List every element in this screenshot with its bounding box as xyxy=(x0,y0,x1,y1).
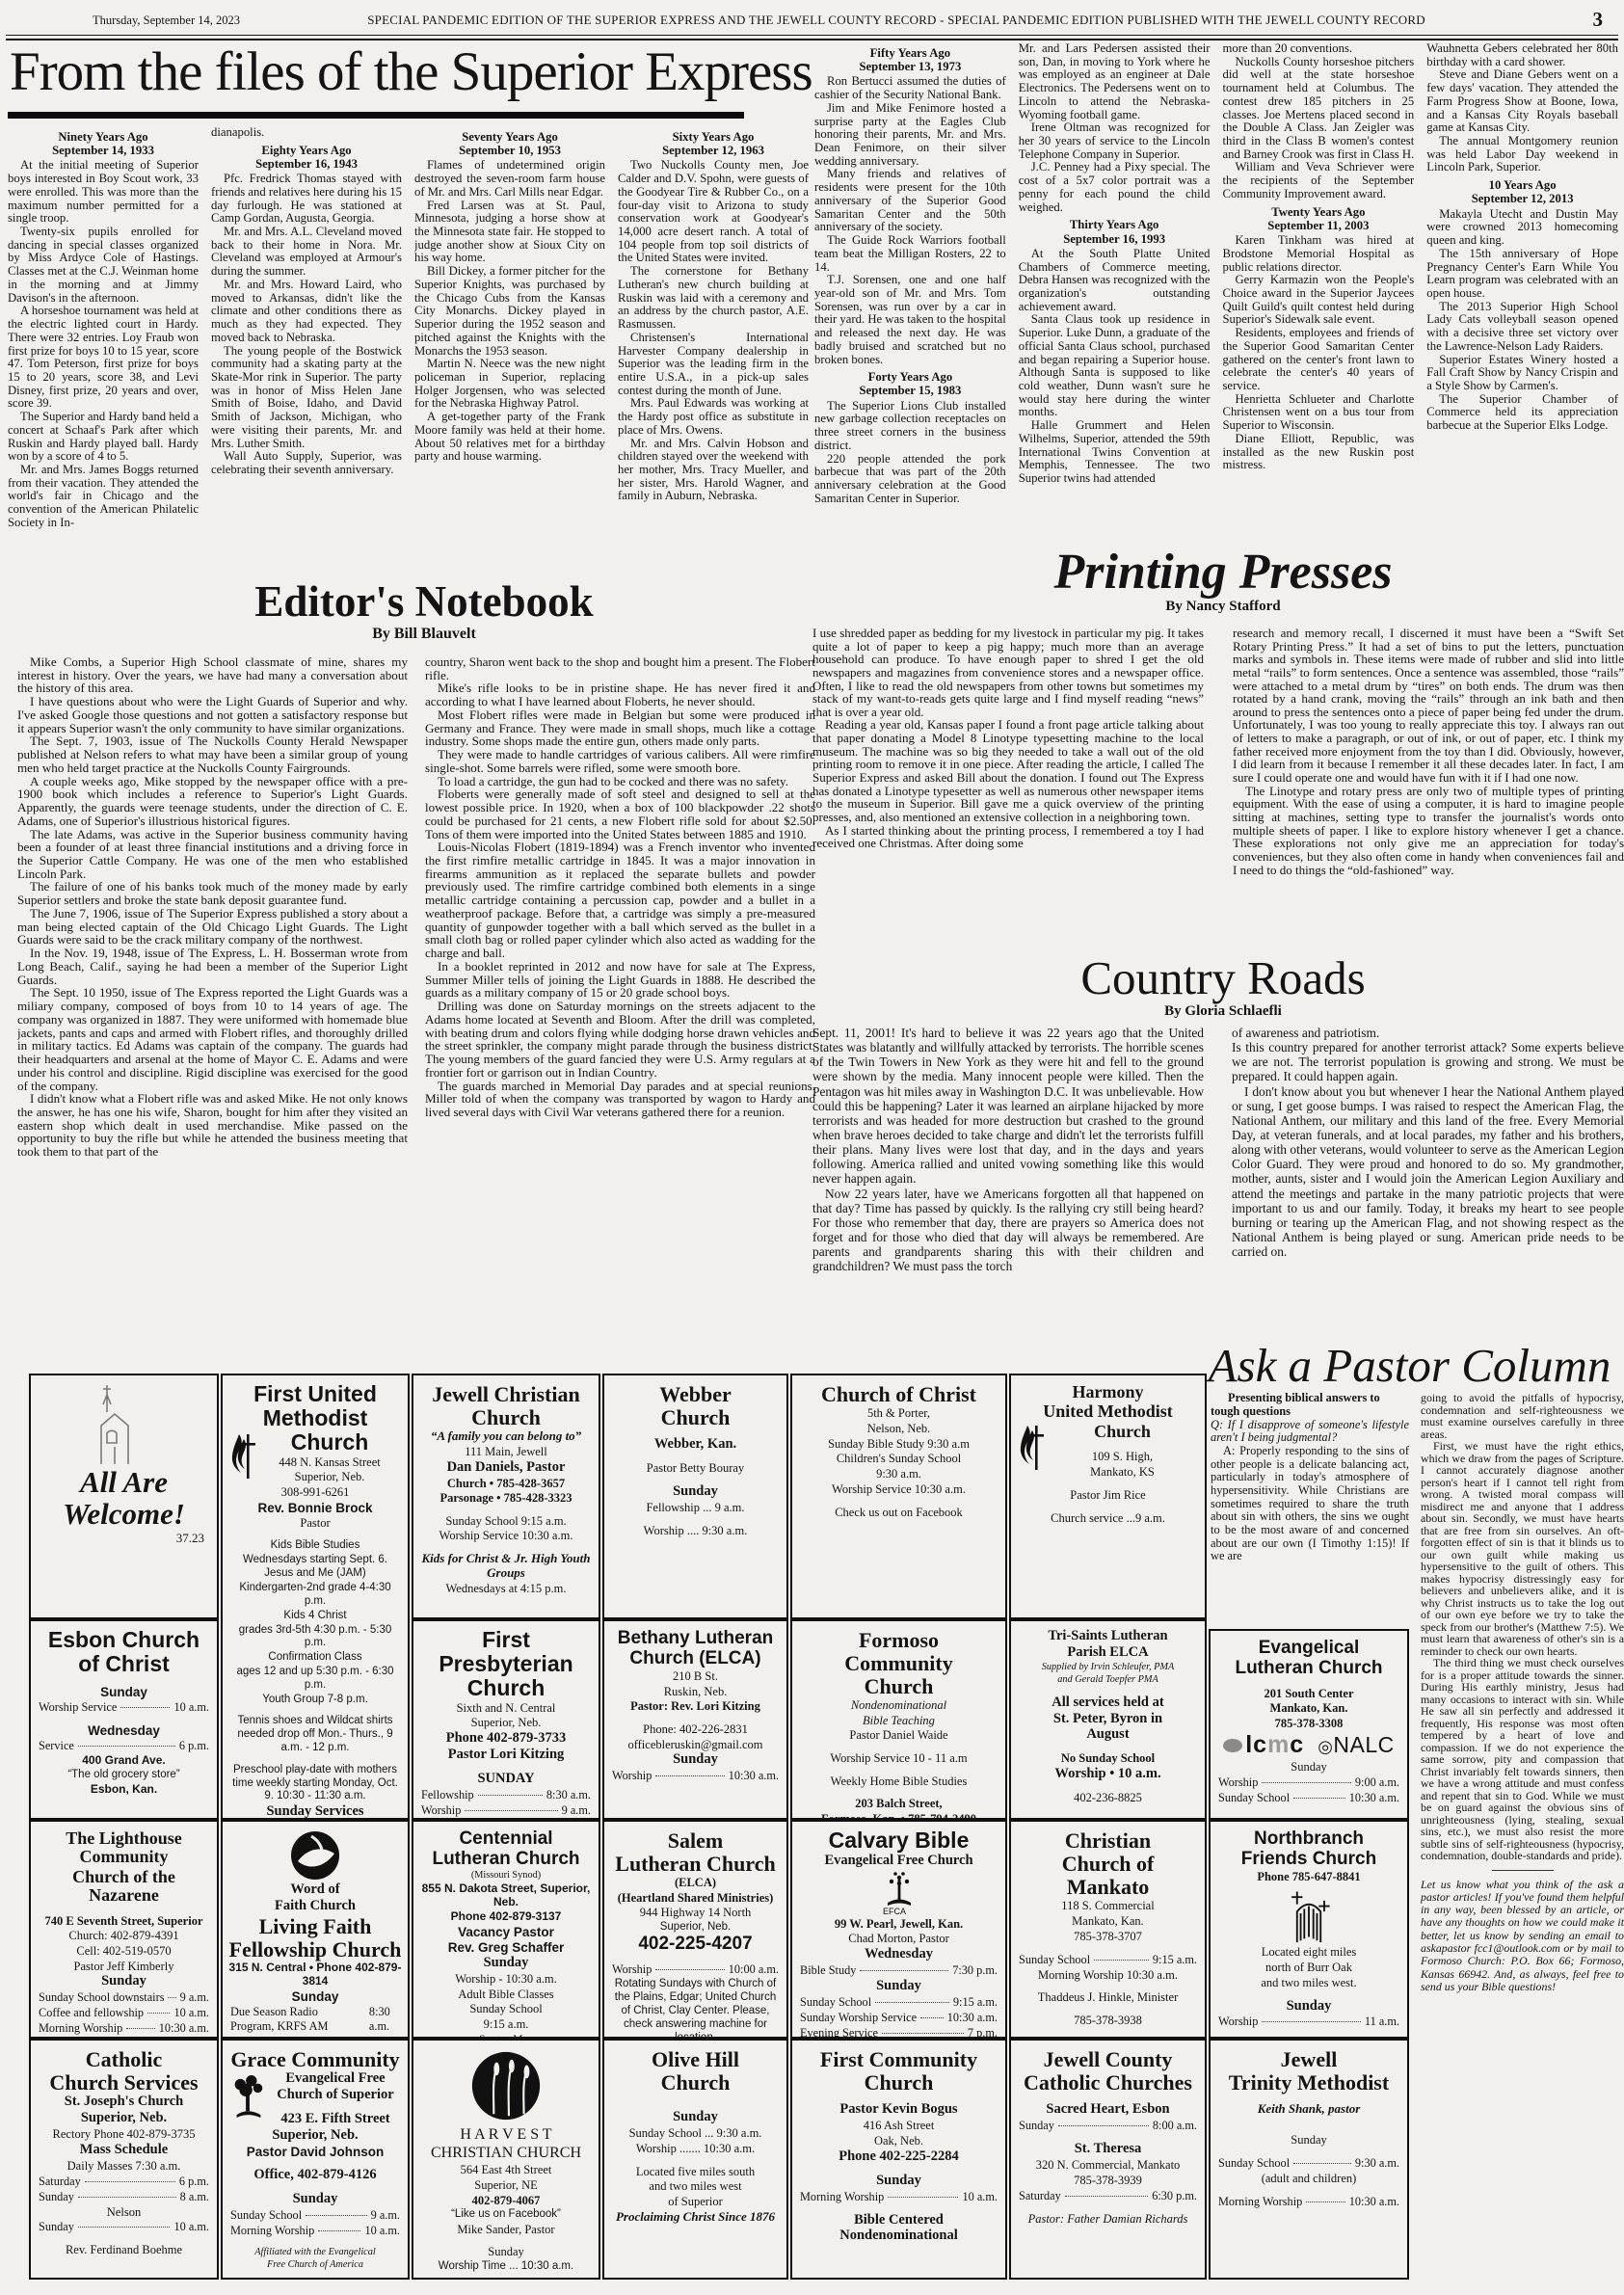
masthead-title: SPECIAL PANDEMIC EDITION OF THE SUPERIOR… xyxy=(289,13,1504,28)
files-columns-right: Fifty Years AgoSeptember 13, 1973Ron Ber… xyxy=(814,42,1618,582)
spacer xyxy=(797,1789,1000,1796)
ad-line: Phone 785-647-8841 xyxy=(1215,1870,1402,1883)
paragraph: Many friends and relatives of residents … xyxy=(814,168,1006,234)
files-column-5: Fifty Years AgoSeptember 13, 1973Ron Ber… xyxy=(814,42,1006,582)
church-ad-grace-community: Grace CommunityEvangelical FreeChurch of… xyxy=(221,2039,410,2280)
ad-line: Preschool play-date with mothers time we… xyxy=(227,1764,403,1803)
ad-line: (adult and children) xyxy=(1215,2172,1402,2186)
spacer xyxy=(1215,2030,1402,2037)
paragraph: They were made to handle cartridges of v… xyxy=(425,748,815,774)
church-sketch-icon xyxy=(36,1383,212,1466)
schedule-row: Due Season Radio Program, KRFS AM8:30 a.… xyxy=(227,2005,403,2034)
ad-line: 785-378-3308 xyxy=(1215,1717,1402,1730)
ad-line: Thaddeus J. Hinkle, Minister xyxy=(1016,1990,1200,2005)
harvest-wheat-icon xyxy=(418,2048,594,2125)
ad-line: 564 East 4th Street xyxy=(418,2163,594,2177)
ad-line: Pastor Kevin Bogus xyxy=(797,2102,1000,2118)
paragraph: The Guide Rock Warriors football team be… xyxy=(814,234,1006,274)
church-ad-christian-mankato: ChristianChurch ofMankato118 S. Commerci… xyxy=(1009,1820,1207,2039)
paragraph: Fred Larsen was at St. Paul, Minnesota, … xyxy=(414,200,605,266)
ad-line: 320 N. Commercial, Mankato xyxy=(1016,2158,1200,2173)
paragraph: going to avoid the pitfalls of hypocrisy… xyxy=(1421,1392,1624,1440)
ad-line: Olive Hill xyxy=(609,2048,782,2070)
ad-line: Esbon, Kan. xyxy=(36,1783,212,1797)
ad-line: Nondenominational xyxy=(797,1698,1000,1712)
spacer xyxy=(1016,1783,1200,1790)
ad-line: Sunday xyxy=(1215,2133,1402,2148)
printing-presses-body: I use shredded paper as bedding for my l… xyxy=(812,627,1624,958)
ad-line: Northbranch xyxy=(1215,1829,1402,1849)
editors-notebook-headline: Editor's Notebook xyxy=(39,576,810,627)
church-ad-olive-hill: Olive HillChurchSundaySunday School ... … xyxy=(602,2039,788,2280)
ad-line: Worship ....... 10:30 a.m. xyxy=(609,2142,782,2156)
schedule-row: Bible Study7:30 p.m. xyxy=(797,1963,1000,1978)
ad-line: Parish ELCA xyxy=(1016,1645,1200,1661)
schedule-row: Sunday School9:30 a.m. xyxy=(1215,2156,1402,2171)
grace-tree-icon xyxy=(227,2072,268,2121)
ad-line: Church (ELCA) xyxy=(609,1649,782,1668)
paragraph: J.C. Penney had a Pixy special. The cost… xyxy=(1019,161,1211,214)
ad-line: Adult Bible Classes xyxy=(418,1988,594,2002)
ad-line: Mankato, Kan. xyxy=(1215,1701,1402,1715)
ad-line: Superior, Neb. xyxy=(609,1921,782,1935)
ad-line: Pastor Betty Bouray xyxy=(609,1461,782,1476)
paragraph: Mike Combs, a Superior High School class… xyxy=(17,655,408,695)
paragraph: A get-together party of the Frank Moore … xyxy=(414,411,605,464)
spacer xyxy=(1016,1744,1200,1750)
ask-a-pastor-headline: Ask a Pastor Column xyxy=(1195,1338,1624,1393)
spacer xyxy=(418,1507,594,1513)
paragraph: In the Nov. 19, 1948, issue of The Expre… xyxy=(17,947,408,986)
ad-line: First Community xyxy=(797,2048,1000,2070)
ad-line: Pastor xyxy=(227,1516,403,1531)
ad-line: Bethany Lutheran xyxy=(609,1629,782,1648)
lcmc-nalc-icon: lcmc◎NALC xyxy=(1215,1731,1402,1759)
paragraph: Is this country prepared for another ter… xyxy=(1232,1040,1624,1083)
paragraph: Superior Estates Winery hosted a Fall Cr… xyxy=(1426,354,1618,393)
spacer xyxy=(609,1955,782,1961)
files-column-3: Seventy Years AgoSeptember 10, 1953Flame… xyxy=(414,126,605,581)
paragraph: Sept. 11, 2001! It's hard to believe it … xyxy=(812,1026,1204,1187)
ad-line: 944 Highway 14 North xyxy=(609,1906,782,1920)
paragraph: Martin N. Neece was the new night police… xyxy=(414,358,605,411)
paragraph: Louis-Nicolas Flobert (1819-1894) was a … xyxy=(425,841,815,960)
ad-line: Bible Teaching xyxy=(797,1714,1000,1727)
schedule-row: Saturday6:30 p.m. xyxy=(1016,2189,1200,2203)
paragraph: Steve and Diane Gebers went on a few day… xyxy=(1426,68,1618,135)
paragraph: Mr. and Mrs. James Boggs returned from t… xyxy=(8,464,199,530)
ad-line: Sunday xyxy=(797,2174,1000,2189)
church-ad-formoso-community: FormosoCommunityChurchNondenominationalB… xyxy=(790,1619,1007,1820)
spacer xyxy=(1215,1991,1402,1998)
ad-line: Evangelical Free Church xyxy=(797,1854,1000,1869)
paragraph: At the South Platte United Chambers of C… xyxy=(1019,248,1211,314)
spacer xyxy=(1016,1481,1200,1487)
church-ad-first-united-methodist: First UnitedMethodistChurch448 N. Kansas… xyxy=(221,1374,410,1820)
paragraph: The cornerstone for Bethany Lutheran's n… xyxy=(618,265,809,332)
ad-line: 785-378-3938 xyxy=(1016,2014,1200,2028)
spacer xyxy=(1215,2187,1402,2194)
ad-line: 308-991-6261 xyxy=(227,1485,403,1500)
paragraph: Wall Auto Supply, Superior, was celebrat… xyxy=(211,450,402,476)
church-ad-first-presbyterian: FirstPresbyterianChurchSixth and N. Cent… xyxy=(412,1619,600,1820)
ad-line: Worship • 10 a.m. xyxy=(1016,1767,1200,1782)
spacer xyxy=(227,2184,403,2191)
ad-line: 203 Balch Street, xyxy=(797,1797,1000,1810)
spacer xyxy=(227,1707,403,1714)
ad-line: Evangelical xyxy=(1215,1639,1402,1658)
spacer xyxy=(1016,1504,1200,1510)
column-heading: Twenty Years AgoSeptember 11, 2003 xyxy=(1223,205,1415,232)
ad-line: First United xyxy=(227,1383,403,1406)
schedule-row: Worship9 a.m. xyxy=(418,1803,594,1818)
schedule-row: Worship10:30 a.m. xyxy=(609,1769,782,1783)
church-ad-all-are-welcome: All Are Welcome!37.23 xyxy=(29,1374,219,1619)
paragraph: I have questions about who were the Ligh… xyxy=(17,695,408,734)
paragraph: The Superior and Hardy band held a conce… xyxy=(8,411,199,464)
schedule-row: Service6 p.m. xyxy=(36,1739,212,1753)
spacer xyxy=(609,2102,782,2109)
paragraph: Twenty-six pupils enrolled for dancing i… xyxy=(8,226,199,305)
ad-line: Worship .... 9:30 a.m. xyxy=(609,1524,782,1538)
paragraph: Santa Claus took up residence in Superio… xyxy=(1019,313,1211,419)
paragraph: Residents, employees and friends of the … xyxy=(1223,327,1415,393)
ad-line: Sacred Heart, Esbon xyxy=(1016,2102,1200,2118)
ad-line: Daily Masses 7:30 a.m. xyxy=(36,2159,212,2174)
church-ad-lighthouse-nazarene: The Lighthouse CommunityChurch of the Na… xyxy=(29,1820,219,2039)
paragraph: more than 20 conventions. xyxy=(1223,42,1415,56)
ad-line: Lutheran Church xyxy=(609,1853,782,1875)
church-ad-jewell-county-catholic: Jewell CountyCatholic ChurchesSacred Hea… xyxy=(1009,2039,1207,2280)
paragraph: Now 22 years later, have we Americans fo… xyxy=(812,1187,1204,1274)
paragraph: T.J. Sorensen, one and one half year-old… xyxy=(814,274,1006,366)
country-roads-byline: By Gloria Schlaefli xyxy=(827,1003,1619,1020)
paragraph: A couple weeks ago, Mike stopped by the … xyxy=(17,775,408,828)
church-ad-church-of-christ: Church of Christ5th & Porter,Nelson, Neb… xyxy=(790,1374,1007,1619)
church-ad-tri-saints: Tri-Saints LutheranParish ELCASupplied b… xyxy=(1009,1619,1207,1820)
paragraph: The Superior Lions Club installed new ga… xyxy=(814,400,1006,453)
ad-line: Sunday Services xyxy=(227,1804,403,1820)
ad-line: Confirmation Class xyxy=(227,1651,403,1665)
ad-line: Superior, Neb. xyxy=(418,1716,594,1730)
ad-line: Phone 402-879-3733 xyxy=(418,1731,594,1747)
ad-line: ages 12 and up 5:30 p.m. - 6:30 p.m. xyxy=(227,1666,403,1693)
paragraph: country, Sharon went back to the shop an… xyxy=(425,655,815,681)
ad-line: Oak, Neb. xyxy=(797,2134,1000,2148)
spacer xyxy=(227,2160,403,2167)
ad-line: No Sunday School xyxy=(1016,1751,1200,1765)
spacer xyxy=(36,1677,212,1684)
ad-line: United Methodist xyxy=(1016,1402,1200,1421)
church-ad-catholic-services: CatholicChurch ServicesSt. Joseph's Chur… xyxy=(29,2039,219,2280)
paragraph: I didn't know what a Flobert rifle was a… xyxy=(17,1092,408,1159)
ad-line: Mass Schedule xyxy=(36,2143,212,2158)
ad-line: Sunday School 9:15 a.m. xyxy=(418,1514,594,1529)
ad-line: Located eight miles xyxy=(1215,1945,1402,1960)
paragraph: Most Flobert rifles were made in Belgian… xyxy=(425,708,815,748)
ad-line: Mankato, Kan. xyxy=(1016,1914,1200,1929)
ad-line: Catholic Churches xyxy=(1016,2071,1200,2094)
spacer xyxy=(609,1516,782,1523)
ad-line: 201 South Center xyxy=(1215,1687,1402,1700)
ad-line: Formoso xyxy=(797,1629,1000,1651)
ad-line: 855 N. Dakota Street, Superior, Neb. xyxy=(418,1882,594,1909)
ad-line: Community xyxy=(797,1652,1000,1674)
ad-line: Sunday xyxy=(609,2110,782,2125)
ad-line: Sunday xyxy=(418,2245,594,2259)
spacer xyxy=(227,1756,403,1763)
spacer xyxy=(227,2239,403,2246)
paragraph: Christensen's International Harvester Co… xyxy=(618,332,809,398)
ad-line: Living Faith xyxy=(227,1915,403,1937)
ad-line: Located five miles south xyxy=(609,2165,782,2179)
paragraph: Mr. and Mrs. Howard Laird, who moved to … xyxy=(211,279,402,345)
spacer xyxy=(797,1498,1000,1505)
ad-line: Salem xyxy=(609,1829,782,1852)
paragraph: The 2013 Superior High School Lady Cats … xyxy=(1426,301,1618,354)
paragraph: Bill Dickey, a former pitcher for the Su… xyxy=(414,265,605,358)
ad-line: Church xyxy=(609,1406,782,1428)
ad-line: Faith Church xyxy=(227,1899,403,1914)
ad-line: Superior, Neb. xyxy=(36,2111,212,2126)
paragraph: Floberts were generally made of soft ste… xyxy=(425,787,815,841)
ad-line: (ELCA) xyxy=(609,1876,782,1889)
ad-line: Harmony xyxy=(1016,1383,1200,1401)
ad-line: Chad Morton, Pastor xyxy=(797,1932,1000,1946)
spacer xyxy=(1016,2006,1200,2013)
ad-line: 785-378-3707 xyxy=(1016,1930,1200,1944)
column-heading: Forty Years AgoSeptember 15, 1983 xyxy=(814,370,1006,397)
schedule-row: Worship10:00 a.m. xyxy=(609,1962,782,1977)
church-ad-northbranch-friends: NorthbranchFriends ChurchPhone 785-647-8… xyxy=(1209,1820,1409,2039)
paragraph: Halle Grummert and Helen Wilhelms, Super… xyxy=(1019,419,1211,486)
spacer xyxy=(1016,1945,1200,1952)
ad-line: Church xyxy=(418,1406,594,1428)
paragraph: The failure of one of his banks took muc… xyxy=(17,880,408,906)
files-column-4: Sixty Years AgoSeptember 12, 1963Two Nuc… xyxy=(618,126,809,581)
schedule-row: Coffee and fellowship10 a.m. xyxy=(36,2006,212,2020)
ad-line: Sunday xyxy=(1215,1760,1402,1775)
editors-notebook-column-2: country, Sharon went back to the shop an… xyxy=(425,655,815,1371)
ad-line: Kindergarten-2nd grade 4-4:30 p.m. xyxy=(227,1582,403,1609)
paragraph: First, we must have the right ethics, wh… xyxy=(1421,1440,1624,1657)
spacer xyxy=(797,2205,1000,2212)
ad-line: Fellowship Church xyxy=(227,1938,403,1961)
ad-line: Sunday xyxy=(227,2192,403,2207)
church-ad-harmony-umc: HarmonyUnited MethodistChurch109 S. High… xyxy=(1009,1374,1207,1619)
living-faith-globe-icon xyxy=(227,1829,403,1881)
umc-cross-flame-icon xyxy=(1016,1424,1045,1472)
paragraph: The annual Montgomery reunion was held L… xyxy=(1426,135,1618,174)
spacer xyxy=(1016,1688,1200,1695)
ad-line: Phone: 402-226-2831 xyxy=(609,1722,782,1737)
ad-line: Friends Church xyxy=(1215,1850,1402,1869)
ad-line: First xyxy=(418,1629,594,1652)
ad-line: Morning Worship 10:30 a.m. xyxy=(1016,1968,1200,1983)
ad-line: Sunday xyxy=(36,1974,212,1989)
schedule-row: Morning Worship10:30 a.m. xyxy=(1215,2195,1402,2209)
ad-line: Phone 402-879-3137 xyxy=(418,1910,594,1924)
spacer xyxy=(797,2095,1000,2101)
ad-line: Mike Sander, Pastor xyxy=(418,2223,594,2237)
ad-line: Superior, Neb. xyxy=(227,2128,403,2144)
ad-line: Sunday xyxy=(227,1989,403,2004)
ad-line: Church • 785-428-3657 xyxy=(418,1477,594,1490)
schedule-row: Worship9:00 a.m. xyxy=(1215,1775,1402,1790)
ad-line: All Are Welcome! xyxy=(36,1467,212,1530)
ad-line: Superior, NE xyxy=(418,2178,594,2193)
files-column-7: more than 20 conventions.Nuckolls County… xyxy=(1223,42,1415,582)
ad-line: 118 S. Commercial xyxy=(1016,1899,1200,1913)
ad-line: Phone 402-225-2284 xyxy=(797,2149,1000,2165)
ad-line: Rev. Bonnie Brock xyxy=(227,1501,403,1515)
ad-line: and two miles west xyxy=(609,2179,782,2194)
paragraph: Karen Tinkham was hired at Brodstone Mem… xyxy=(1223,234,1415,274)
efca-tree-icon: EFCA xyxy=(797,1870,1000,1916)
printing-presses-byline: By Nancy Stafford xyxy=(827,599,1619,615)
files-column-6: Mr. and Lars Pedersen assisted their son… xyxy=(1019,42,1211,582)
spacer xyxy=(609,1454,782,1460)
ad-line: Pastor Jim Rice xyxy=(1016,1488,1200,1503)
ad-line: 416 Ash Street xyxy=(797,2119,1000,2133)
ad-line: Cell: 402-519-0570 xyxy=(36,1944,212,1959)
ad-line: Sixth and N. Central xyxy=(418,1701,594,1716)
files-headline: From the files of the Superior Express xyxy=(10,44,806,99)
column-heading: Sixty Years AgoSeptember 12, 1963 xyxy=(618,130,809,157)
paragraph: dianapolis. xyxy=(211,126,402,140)
ad-line: Presbyterian xyxy=(418,1653,594,1676)
ad-line: of Christ xyxy=(36,1653,212,1676)
ad-line: Lutheran Church xyxy=(1215,1659,1402,1678)
ad-line: Worship - 10:30 a.m. xyxy=(418,1972,594,1987)
ad-line: Proclaiming Christ Since 1876 xyxy=(609,2210,782,2225)
ad-line: Wednesday xyxy=(797,1947,1000,1962)
ad-line: Webber xyxy=(609,1383,782,1405)
schedule-row: Sunday School9:15 a.m. xyxy=(1016,1953,1200,1967)
ad-line: Webber, Kan. xyxy=(609,1437,782,1453)
ad-line: Nondenominational xyxy=(797,2228,1000,2244)
ad-line: Pastor: Rev. Lori Kitzing xyxy=(609,1699,782,1713)
paragraph: I don't know about you but whenever I he… xyxy=(1232,1084,1624,1260)
ad-line: Sunday xyxy=(418,1956,594,1971)
paragraph: William and Veva Schriever were the reci… xyxy=(1223,161,1415,200)
paragraph: I use shredded paper as bedding for my l… xyxy=(812,627,1204,718)
ad-line: (Missouri Synod) xyxy=(418,1870,594,1881)
ad-line: Kids 4 Christ xyxy=(227,1610,403,1623)
printing-presses-column-2: research and memory recall, I discerned … xyxy=(1233,627,1624,958)
ad-line: Worship Time ... 10:30 a.m. xyxy=(418,2260,594,2274)
column-heading: Thirty Years AgoSeptember 16, 1993 xyxy=(1019,218,1211,245)
spacer xyxy=(1016,2204,1200,2211)
column-heading: Seventy Years AgoSeptember 10, 1953 xyxy=(414,130,605,157)
schedule-row: Sunday School10:30 a.m. xyxy=(1215,1791,1402,1805)
ad-line: Mankato xyxy=(1016,1876,1200,1898)
ad-line: Church xyxy=(797,1675,1000,1697)
ad-line: Jewell xyxy=(1215,2048,1402,2070)
ask-a-pastor-column-2: going to avoid the pitfalls of hypocrisy… xyxy=(1421,1392,1624,2281)
spacer xyxy=(36,1907,212,1913)
ad-line: 400 Grand Ave. xyxy=(36,1754,212,1768)
ad-line: Check us out on Facebook xyxy=(797,1506,1000,1520)
paragraph: Mr. and Mrs. Calvin Hobson and children … xyxy=(618,438,809,504)
ad-line: 740 E Seventh Street, Superior xyxy=(36,1914,212,1928)
spacer xyxy=(227,1532,403,1538)
ad-line: Church: 402-879-4391 xyxy=(36,1929,212,1943)
ad-line: Church xyxy=(418,1677,594,1700)
files-column-2: dianapolis.Eighty Years AgoSeptember 16,… xyxy=(211,126,402,581)
ad-line: Worship Service 10:30 a.m. xyxy=(418,1529,594,1543)
ad-line: All services held at xyxy=(1016,1695,1200,1711)
ad-line: Methodist xyxy=(227,1407,403,1430)
ad-line: of Superior xyxy=(609,2195,782,2209)
ad-line: Church of Christ xyxy=(797,1383,1000,1405)
spacer xyxy=(609,1477,782,1483)
paragraph: Mr. and Mrs. A.L. Cleveland moved back t… xyxy=(211,226,402,279)
printing-presses-column-1: I use shredded paper as bedding for my l… xyxy=(812,627,1204,958)
paragraph: As I started thinking about the printing… xyxy=(812,824,1204,850)
ad-line: Worship Service 10 - 11 a.m xyxy=(797,1751,1000,1766)
paragraph: Pfc. Fredrick Thomas stayed with friends… xyxy=(211,173,402,226)
church-ad-harvest-christian: H A R V E S TCHRISTIAN CHURCH564 East 4t… xyxy=(412,2039,600,2280)
paragraph: of awareness and patriotism. xyxy=(1232,1026,1624,1040)
ad-line: Youth Group 7-8 p.m. xyxy=(227,1694,403,1707)
church-ad-bethany-lutheran: Bethany LutheranChurch (ELCA)210 B St.Ru… xyxy=(602,1619,788,1820)
umc-cross-flame-icon xyxy=(227,1432,256,1481)
divider xyxy=(1492,1870,1554,1871)
ad-line: Rectory Phone 402-879-3735 xyxy=(36,2127,212,2142)
files-column-8: Wauhnetta Gebers celebrated her 80th bir… xyxy=(1426,42,1618,582)
church-ad-jewell-christian: Jewell ChristianChurch“A family you can … xyxy=(412,1374,600,1619)
ad-line: Church xyxy=(797,2071,1000,2094)
paragraph: Let us know what you think of the ask a … xyxy=(1421,1879,1624,1994)
country-roads-headline: Country Roads xyxy=(827,950,1619,1005)
newspaper-page: { "header": { "date": "Thursday, Septemb… xyxy=(0,0,1624,2295)
ad-line: August xyxy=(1016,1727,1200,1743)
ad-line: Jesus and Me (JAM) xyxy=(227,1567,403,1581)
ad-line: Pastor Jeff Kimberly xyxy=(36,1960,212,1974)
country-roads-column-1: Sept. 11, 2001! It's hard to believe it … xyxy=(812,1026,1204,1357)
ad-line: Centennial xyxy=(418,1829,594,1849)
sub-heading: Presenting biblical answers to tough que… xyxy=(1211,1392,1409,1419)
schedule-row: Sunday School9 a.m. xyxy=(227,2208,403,2223)
ad-line: Catholic xyxy=(36,2048,212,2070)
ad-line: St. Peter, Byron in xyxy=(1016,1712,1200,1727)
paragraph: The Linotype and rotary press are only t… xyxy=(1233,785,1624,876)
ad-line: Kids for Christ & Jr. High Youth Groups xyxy=(418,1552,594,1581)
files-columns-left: Ninety Years AgoSeptember 14, 1933At the… xyxy=(8,126,809,581)
schedule-row: Saturday6 p.m. xyxy=(36,2175,212,2189)
ad-line: 9:15 a.m. xyxy=(418,2017,594,2032)
ad-line: Worship Service 10:30 a.m. xyxy=(797,1482,1000,1497)
spacer xyxy=(418,2237,594,2244)
ad-line: Vacancy Pastor xyxy=(418,1925,594,1939)
column-heading: Ninety Years AgoSeptember 14, 1933 xyxy=(8,130,199,157)
ad-line: grades 3rd-5th 4:30 p.m. - 5:30 p.m. xyxy=(227,1624,403,1651)
ad-line: Free Church of America xyxy=(227,2259,403,2271)
church-ad-calvary-bible: Calvary BibleEvangelical Free ChurchEFCA… xyxy=(790,1820,1007,2039)
paragraph: To load a cartridge, the gun had to be c… xyxy=(425,775,815,788)
ad-line: 111 Main, Jewell xyxy=(418,1445,594,1459)
spacer xyxy=(609,2095,782,2101)
paragraph: The 15th anniversary of Hope Pregnancy C… xyxy=(1426,248,1618,301)
ad-line: Parsonage • 785-428-3323 xyxy=(418,1491,594,1505)
masthead-rule xyxy=(6,35,1618,36)
ad-line: St. Theresa xyxy=(1016,2142,1200,2157)
church-ad-centennial-lutheran: CentennialLutheran Church(Missouri Synod… xyxy=(412,1820,600,2039)
ad-line: 99 W. Pearl, Jewell, Kan. xyxy=(797,1917,1000,1931)
northbranch-chapel-icon xyxy=(1215,1884,1402,1944)
ad-line: 315 N. Central • Phone 402-879-3814 xyxy=(227,1961,403,1988)
